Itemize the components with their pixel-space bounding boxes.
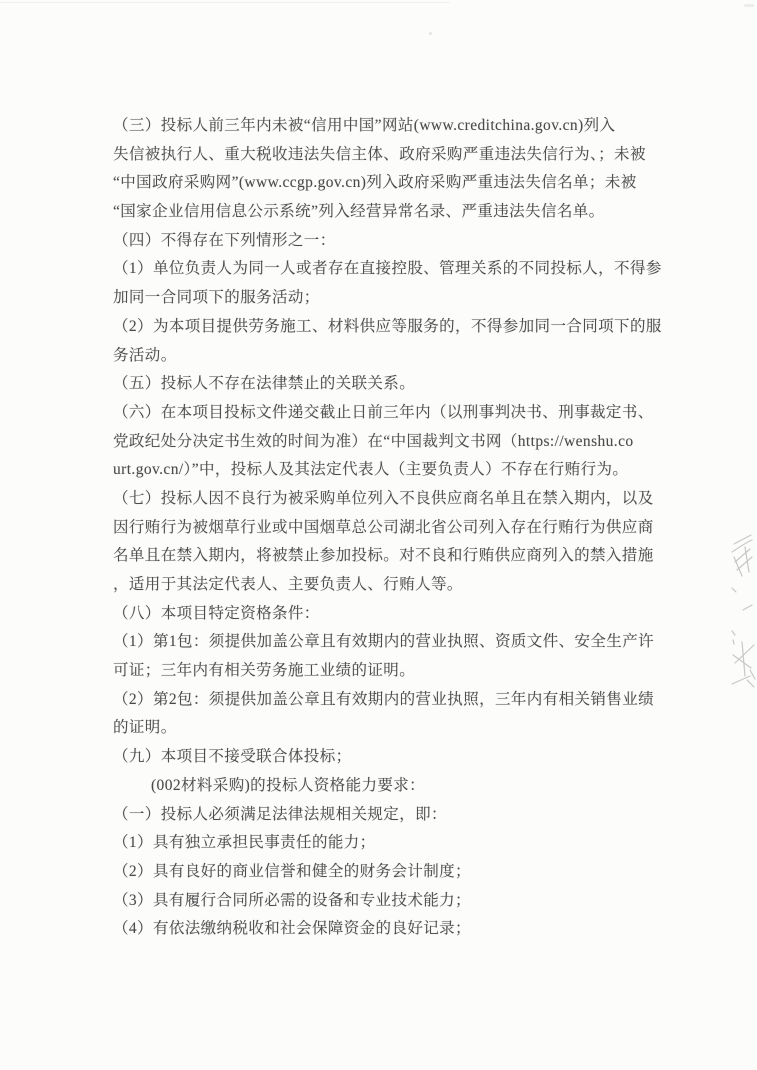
text-line: ，适用于其法定代表人、主要负责人、行贿人等。	[113, 571, 655, 600]
text-line: urt.gov.cn/）”中，投标人及其法定代表人（主要负责人）不存在行贿行为。	[113, 456, 655, 485]
scan-speck-artifact	[429, 32, 432, 35]
text-line: “中国政府采购网”(www.ccgp.gov.cn)列入政府采购严重违法失信名单…	[113, 169, 655, 198]
scan-streak-artifact	[0, 2, 450, 3]
text-line: （六）在本项目投标文件递交截止日前三年内（以刑事判决书、刑事裁定书、	[113, 399, 655, 428]
text-line: （2）第2包：须提供加盖公章且有效期内的营业执照，三年内有相关销售业绩	[113, 686, 655, 715]
text-line: “国家企业信用信息公示系统”列入经营异常名录、严重违法失信名单。	[113, 198, 655, 227]
text-line: 加同一合同项下的服务活动；	[113, 284, 655, 313]
text-line: （4）有依法缴纳税收和社会保障资金的良好记录；	[113, 915, 655, 944]
text-line: (002材料采购)的投标人资格能力要求：	[113, 772, 655, 801]
text-line: 的证明。	[113, 714, 655, 743]
text-line: 可证；三年内有相关劳务施工业绩的证明。	[113, 657, 655, 686]
text-line: （2）为本项目提供劳务施工、材料供应等服务的，不得参加同一合同项下的服	[113, 313, 655, 342]
handwriting-edge-artifact	[720, 528, 757, 713]
text-line: （三）投标人前三年内未被“信用中国”网站(www.creditchina.gov…	[113, 112, 655, 141]
text-line: 失信被执行人、重大税收违法失信主体、政府采购严重违法失信行为、；未被	[113, 141, 655, 170]
text-line: （1）单位负责人为同一人或者存在直接控股、管理关系的不同投标人，不得参	[113, 255, 655, 284]
text-line: （一）投标人必须满足法律法规相关规定，即：	[113, 801, 655, 830]
text-line: （四）不得存在下列情形之一：	[113, 227, 655, 256]
text-line: （3）具有履行合同所必需的设备和专业技术能力；	[113, 887, 655, 916]
scan-speck-artifact	[744, 4, 754, 7]
text-line: 党政纪处分决定书生效的时间为准）在“中国裁判文书网（https://wenshu…	[113, 428, 655, 457]
text-line: 名单且在禁入期内，将被禁止参加投标。对不良和行贿供应商列入的禁入措施	[113, 542, 655, 571]
scanned-document-page: （三）投标人前三年内未被“信用中国”网站(www.creditchina.gov…	[0, 0, 757, 1070]
text-line: 因行贿行为被烟草行业或中国烟草总公司湖北省公司列入存在行贿行为供应商	[113, 514, 655, 543]
text-line: （八）本项目特定资格条件：	[113, 600, 655, 629]
text-line: （2）具有良好的商业信誉和健全的财务会计制度；	[113, 858, 655, 887]
text-line: （七）投标人因不良行为被采购单位列入不良供应商名单且在禁入期内，以及	[113, 485, 655, 514]
text-line: （五）投标人不存在法律禁止的关联关系。	[113, 370, 655, 399]
text-line: （1）第1包：须提供加盖公章且有效期内的营业执照、资质文件、安全生产许	[113, 628, 655, 657]
text-line: 务活动。	[113, 342, 655, 371]
text-line: （九）本项目不接受联合体投标；	[113, 743, 655, 772]
document-text-block: （三）投标人前三年内未被“信用中国”网站(www.creditchina.gov…	[113, 112, 655, 944]
text-line: （1）具有独立承担民事责任的能力；	[113, 829, 655, 858]
